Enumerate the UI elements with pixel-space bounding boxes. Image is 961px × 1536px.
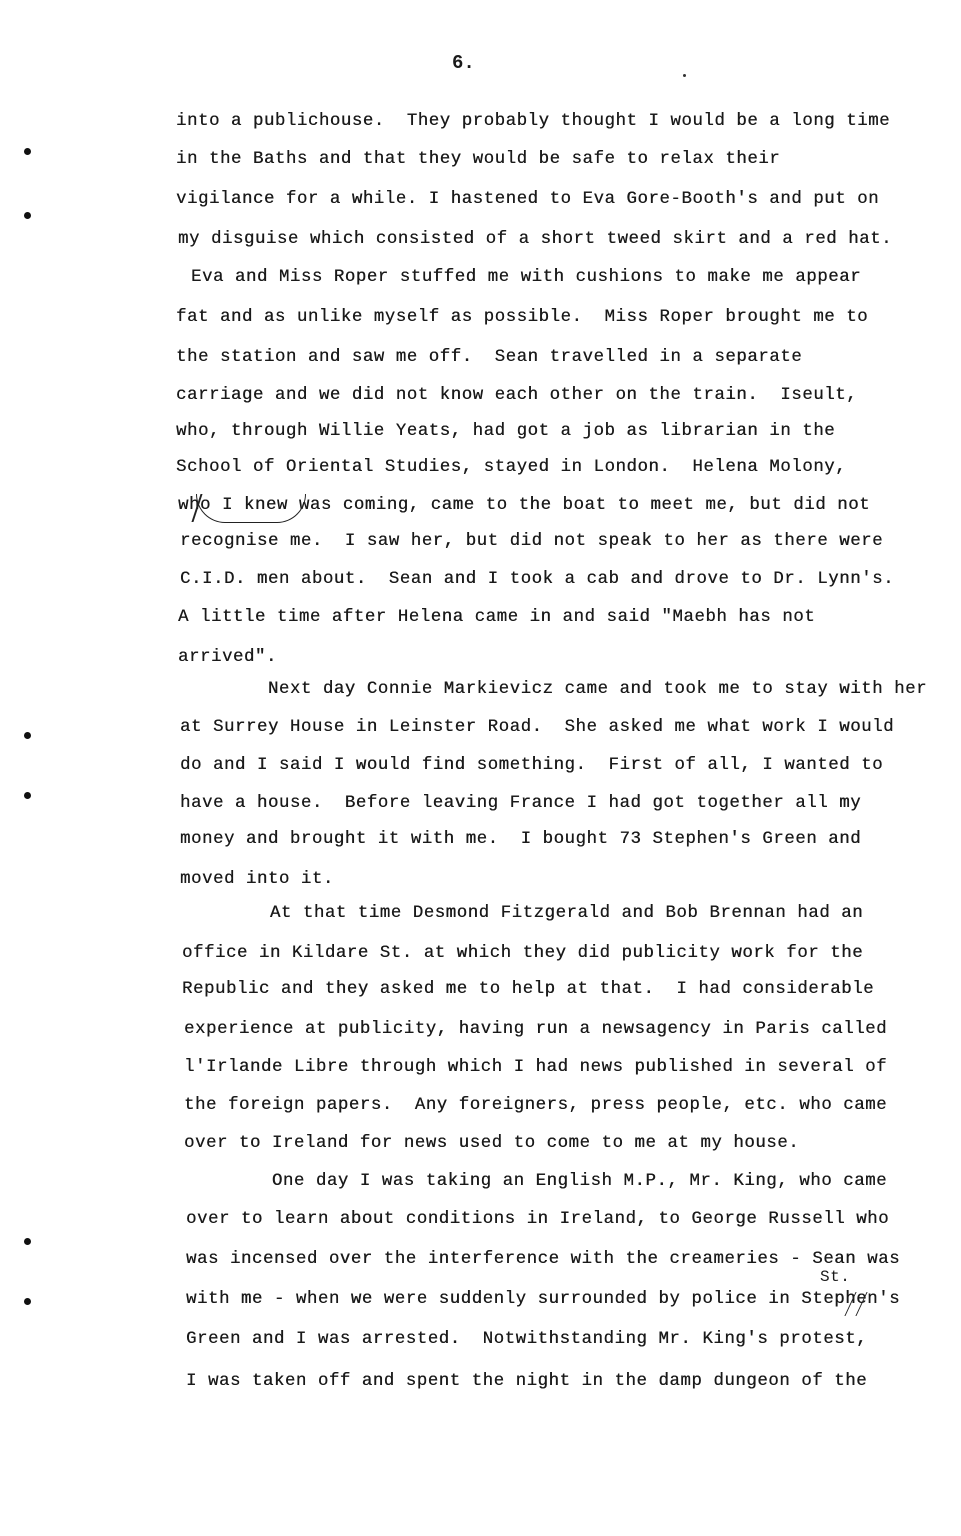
margin-punch-mark: [24, 1298, 31, 1305]
margin-punch-mark: [24, 792, 31, 799]
text-line: fat and as unlike myself as possible. Mi…: [176, 308, 868, 327]
text-line: the station and saw me off. Sean travell…: [176, 348, 802, 367]
text-line: C.I.D. men about. Sean and I took a cab …: [180, 570, 894, 589]
text-line: in the Baths and that they would be safe…: [176, 150, 780, 169]
text-line: One day I was taking an English M.P., Mr…: [184, 1172, 887, 1191]
margin-punch-mark: [24, 212, 31, 219]
text-line: Republic and they asked me to help at th…: [182, 980, 874, 999]
text-line: Eva and Miss Roper stuffed me with cushi…: [180, 268, 861, 287]
text-line: At that time Desmond Fitzgerald and Bob …: [182, 904, 863, 923]
text-line: the foreign papers. Any foreigners, pres…: [184, 1096, 887, 1115]
text-line: office in Kildare St. at which they did …: [182, 944, 863, 963]
margin-punch-mark: [24, 148, 31, 155]
text-line: money and brought it with me. I bought 7…: [180, 830, 861, 849]
text-line: have a house. Before leaving France I ha…: [180, 794, 861, 813]
text-line: Next day Connie Markievicz came and took…: [180, 680, 927, 699]
text-line: l'Irlande Libre through which I had news…: [184, 1058, 887, 1077]
text-line: who, through Willie Yeats, had got a job…: [176, 422, 835, 441]
text-line: was incensed over the interference with …: [186, 1250, 900, 1269]
text-line: over to Ireland for news used to come to…: [184, 1134, 799, 1153]
stray-dot: [683, 74, 686, 77]
page-number: 6.: [452, 52, 475, 74]
margin-punch-mark: [24, 732, 31, 739]
text-line: Green and I was arrested. Notwithstandin…: [186, 1330, 867, 1349]
margin-punch-mark: [24, 1238, 31, 1245]
text-line: School of Oriental Studies, stayed in Lo…: [176, 458, 846, 477]
text-line: carriage and we did not know each other …: [176, 386, 857, 405]
text-line: recognise me. I saw her, but did not spe…: [180, 532, 883, 551]
text-line: A little time after Helena came in and s…: [178, 608, 815, 627]
text-line: over to learn about conditions in Irelan…: [186, 1210, 889, 1229]
text-line: my disguise which consisted of a short t…: [178, 230, 892, 249]
text-line: do and I said I would find something. Fi…: [180, 756, 883, 775]
text-line: at Surrey House in Leinster Road. She as…: [180, 718, 894, 737]
text-line: arrived".: [178, 648, 277, 667]
text-line: I was taken off and spent the night in t…: [186, 1372, 867, 1391]
text-line: with me - when we were suddenly surround…: [186, 1290, 900, 1309]
interlinear-insertion: St.: [820, 1268, 850, 1286]
text-line: moved into it.: [180, 870, 334, 889]
text-line: who I knew was coming, came to the boat …: [178, 496, 870, 515]
text-line: into a publichouse. They probably though…: [176, 112, 890, 131]
text-line: vigilance for a while. I hastened to Eva…: [176, 190, 879, 209]
text-line: experience at publicity, having run a ne…: [184, 1020, 887, 1039]
